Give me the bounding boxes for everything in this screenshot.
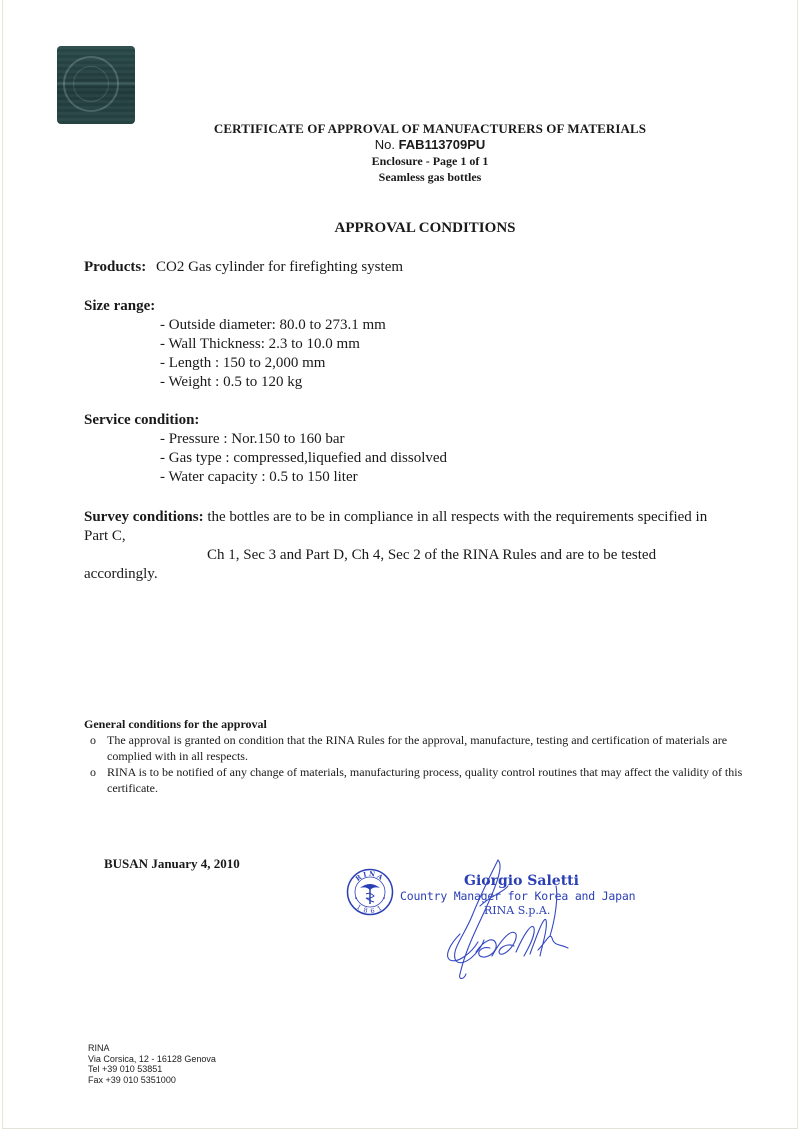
size-range-label: Size range: bbox=[84, 298, 155, 315]
survey-conditions: Survey conditions: the bottles are to be… bbox=[84, 508, 774, 584]
footer-tel: Tel +39 010 53851 bbox=[88, 1064, 216, 1075]
section-title: APPROVAL CONDITIONS bbox=[200, 220, 650, 237]
size-range-label-text: Size range: bbox=[84, 298, 155, 314]
place-date: BUSAN January 4, 2010 bbox=[104, 856, 240, 872]
stamp-bottom-text: 1861 bbox=[355, 903, 385, 915]
certificate-number-value: FAB113709PU bbox=[399, 137, 486, 152]
footer-street: Via Corsica, 12 - 16128 Genova bbox=[88, 1054, 216, 1065]
general-condition-item: o The approval is granted on condition t… bbox=[84, 732, 744, 764]
certificate-title: CERTIFICATE OF APPROVAL OF MANUFACTURERS… bbox=[200, 121, 660, 137]
survey-text-4: accordingly. bbox=[84, 565, 774, 584]
size-range-item: - Length : 150 to 2,000 mm bbox=[160, 355, 325, 372]
handwritten-signature-icon bbox=[420, 856, 600, 986]
size-range-item: - Outside diameter: 80.0 to 273.1 mm bbox=[160, 317, 386, 334]
certificate-number-prefix: No. bbox=[375, 137, 395, 152]
certificate-subject: Seamless gas bottles bbox=[200, 169, 660, 185]
products-label: Products: bbox=[84, 259, 146, 275]
general-condition-text: The approval is granted on condition tha… bbox=[107, 733, 727, 763]
certificate-number: No. FAB113709PU bbox=[200, 137, 660, 153]
footer-address: RINA Via Corsica, 12 - 16128 Genova Tel … bbox=[88, 1043, 216, 1085]
footer-company: RINA bbox=[88, 1043, 216, 1054]
hologram-stripes bbox=[57, 46, 135, 124]
survey-text-2: Part C, bbox=[84, 527, 774, 546]
size-range-item: - Weight : 0.5 to 120 kg bbox=[160, 374, 302, 391]
hologram-seal-icon bbox=[57, 46, 135, 124]
bullet-icon: o bbox=[90, 764, 96, 780]
products-row: Products: CO2 Gas cylinder for firefight… bbox=[84, 259, 403, 276]
svg-text:1861: 1861 bbox=[355, 903, 385, 915]
general-conditions: General conditions for the approval o Th… bbox=[84, 716, 744, 796]
general-condition-item: o RINA is to be notified of any change o… bbox=[84, 764, 744, 796]
service-condition-item: - Water capacity : 0.5 to 150 liter bbox=[160, 469, 358, 486]
service-condition-item: - Gas type : compressed,liquefied and di… bbox=[160, 450, 447, 467]
size-range-item: - Wall Thickness: 2.3 to 10.0 mm bbox=[160, 336, 360, 353]
enclosure-page: Enclosure - Page 1 of 1 bbox=[200, 153, 660, 169]
certificate-header: CERTIFICATE OF APPROVAL OF MANUFACTURERS… bbox=[200, 121, 660, 185]
service-condition-label: Service condition: bbox=[84, 412, 199, 429]
rina-stamp-icon: RINA 1861 bbox=[346, 868, 394, 916]
service-condition-label-text: Service condition: bbox=[84, 412, 199, 428]
general-conditions-title: General conditions for the approval bbox=[84, 716, 744, 732]
survey-label: Survey conditions: bbox=[84, 509, 204, 525]
service-condition-item: - Pressure : Nor.150 to 160 bar bbox=[160, 431, 345, 448]
survey-text-1: the bottles are to be in compliance in a… bbox=[204, 509, 708, 525]
survey-text-3: Ch 1, Sec 3 and Part D, Ch 4, Sec 2 of t… bbox=[84, 546, 774, 565]
footer-fax: Fax +39 010 5351000 bbox=[88, 1075, 216, 1086]
general-condition-text: RINA is to be notified of any change of … bbox=[107, 765, 742, 795]
bullet-icon: o bbox=[90, 732, 96, 748]
products-value: CO2 Gas cylinder for firefighting system bbox=[150, 259, 403, 275]
general-conditions-list: o The approval is granted on condition t… bbox=[84, 732, 744, 796]
